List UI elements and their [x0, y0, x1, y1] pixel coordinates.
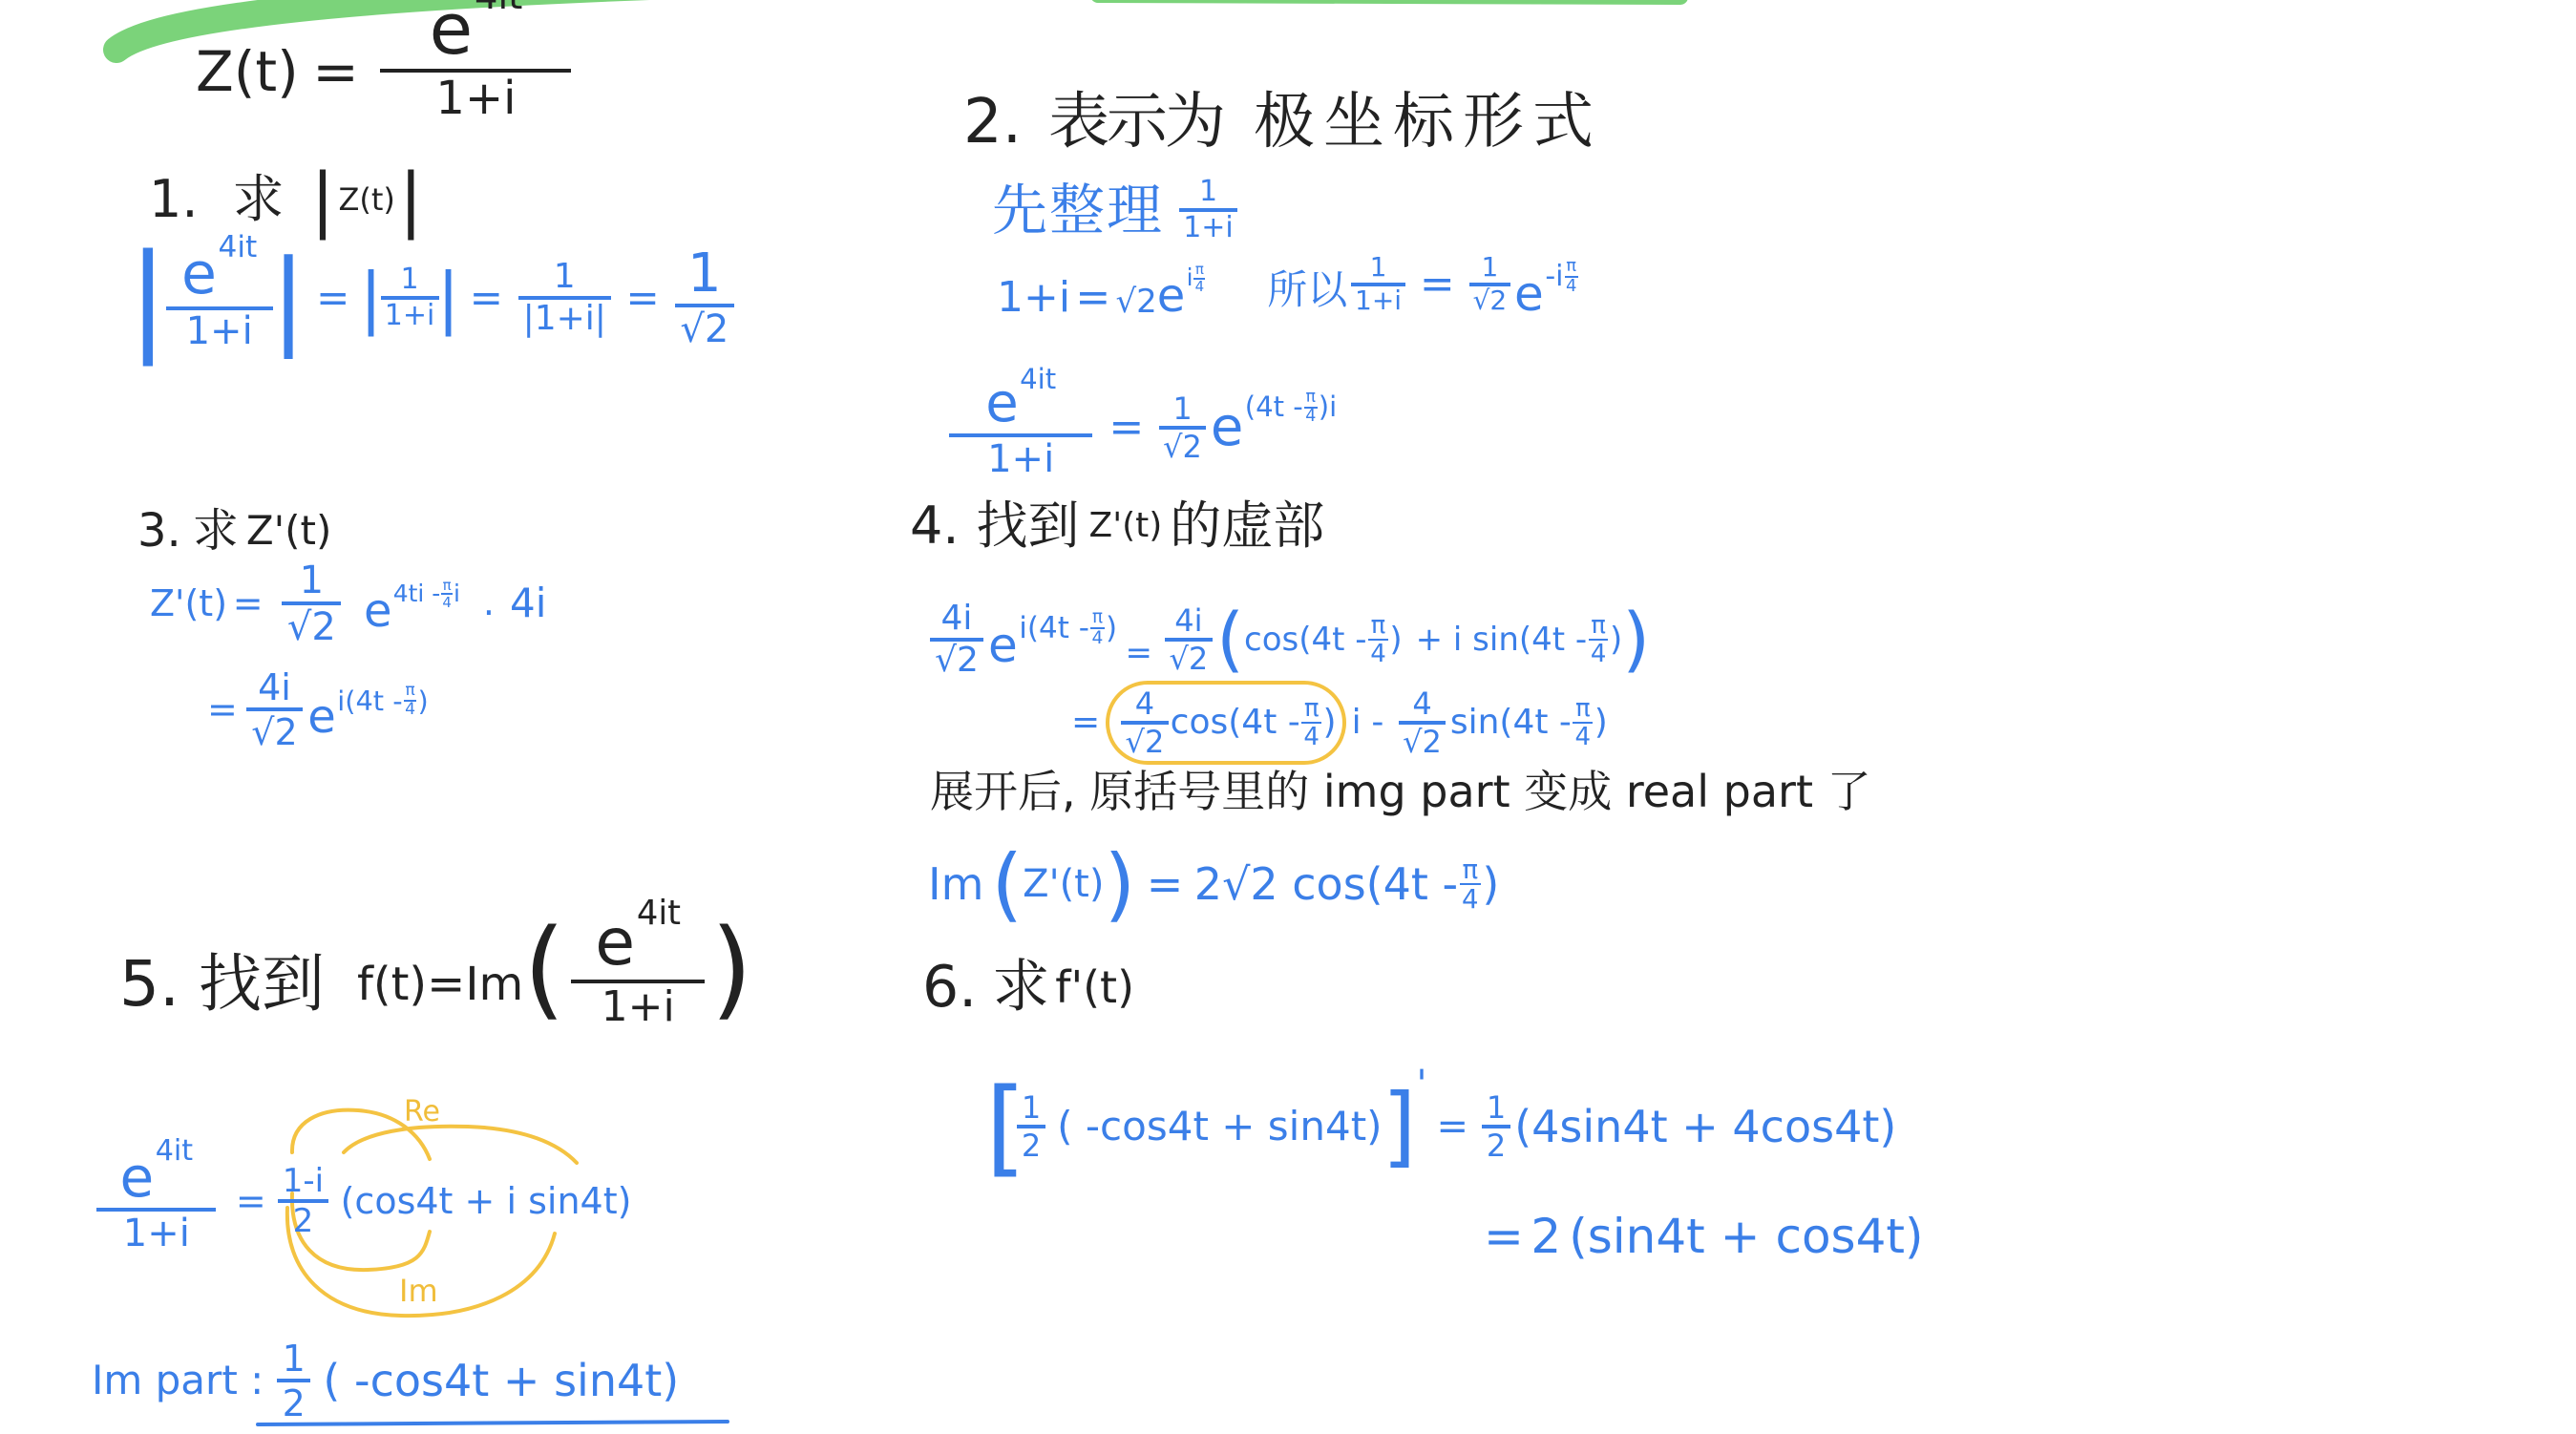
- trig-expression: (cos4t + i sin4t): [341, 1183, 632, 1219]
- heading-expr: Z'(t): [1089, 509, 1163, 543]
- fraction-one-over-sqrt2: 1 √2: [282, 561, 341, 646]
- fraction-numerator: 1: [1017, 1092, 1045, 1125]
- problem-formula: Z(t) = e 4it 1+i: [196, 0, 580, 121]
- heading-text: 求: [233, 174, 285, 225]
- close-paren: ): [1104, 844, 1135, 924]
- fraction-numerator: e 4it: [571, 911, 705, 980]
- exponential: e 4it: [985, 377, 1056, 431]
- fraction-one-over-denominator: 1 1+i: [1179, 178, 1237, 243]
- close-paren: ): [1594, 706, 1608, 740]
- denominator-4: 4: [1573, 722, 1593, 749]
- derivative-prime: ': [1416, 1065, 1426, 1104]
- cos-term: cos(4t -: [1171, 706, 1300, 740]
- open-paren: (: [991, 844, 1023, 924]
- denominator-4: 4: [1565, 276, 1578, 296]
- annotation-im: Im: [399, 1276, 438, 1306]
- final-expression: (sin4t + cos4t): [1569, 1213, 1923, 1260]
- exponential: e -i π 4: [1514, 270, 1579, 318]
- exp-base: e: [988, 622, 1018, 669]
- step-5-line-1: e 4it 1+i = 1-i 2 (cos4t + i sin4t): [92, 1149, 631, 1253]
- pi-symbol: π: [1460, 856, 1480, 883]
- pi-over-4: π 4: [1368, 613, 1388, 666]
- fraction-numerator: 4i: [1165, 605, 1213, 638]
- fraction-4-over-sqrt2: 4 √2: [1121, 688, 1169, 757]
- fraction-exp-over-denominator: e 4it 1+i: [949, 377, 1092, 478]
- fraction-numerator: 4: [1399, 688, 1446, 721]
- cos-term: cos(4t -: [1244, 623, 1367, 656]
- fraction-numerator: 1: [675, 247, 734, 304]
- step-4-line-1: 4i √2 e i(4t - π 4 ) = 4i √2 ( cos(4t - …: [925, 601, 1650, 678]
- fraction-denominator: √2: [282, 601, 341, 645]
- step-number: 1.: [149, 174, 199, 225]
- denominator-4: 4: [1460, 883, 1481, 912]
- pi-over-4: π 4: [1573, 696, 1593, 749]
- fraction-denominator: |1+i|: [518, 296, 611, 336]
- sin-term: + i sin(4t -: [1416, 623, 1588, 656]
- fraction-4i-over-sqrt2: 4i √2: [1165, 605, 1213, 674]
- fraction-one-over-denominator: 1 1+i: [381, 265, 439, 330]
- step-2-heading: 2. 表示为 极坐标形式: [963, 92, 1602, 153]
- multiply-dot: ·: [483, 595, 495, 631]
- fraction-denominator: √2: [930, 638, 983, 678]
- equals-sign: =: [1109, 407, 1144, 449]
- fraction-4i-over-sqrt2: 4i √2: [930, 601, 983, 678]
- fraction-denominator: √2: [1159, 426, 1207, 462]
- abs-bar-left: |: [311, 164, 335, 235]
- fraction-one-half: 1 2: [1017, 1092, 1045, 1161]
- fraction-denominator: 1+i: [96, 1208, 216, 1252]
- exp-suffix: )i: [1319, 393, 1337, 421]
- exp-base: e: [364, 588, 392, 634]
- exp-prefix: 4ti -: [393, 582, 441, 606]
- exp-suffix: i: [454, 582, 460, 606]
- notes-canvas: Z(t) = e 4it 1+i 1. 求 | Z(t) | | e 4it: [0, 0, 2576, 1434]
- fraction-numerator: 1: [381, 265, 439, 296]
- fraction-one-half: 1 2: [277, 1340, 310, 1422]
- exp-prefix: i(4t -: [337, 687, 402, 715]
- fraction-4-over-sqrt2: 4 √2: [1399, 688, 1446, 757]
- inner-expression: ( -cos4t + sin4t): [1057, 1107, 1382, 1147]
- pi-symbol: π: [441, 579, 452, 593]
- exp-prefix: i: [1187, 266, 1193, 290]
- exponential: e 4it: [120, 1149, 194, 1205]
- abs-bar-left: |: [360, 264, 383, 331]
- exp-base: e: [985, 377, 1018, 431]
- step-number: 5.: [119, 953, 179, 1016]
- exponential: e (4t - π 4 )i: [1211, 401, 1337, 454]
- pi-symbol: π: [1302, 696, 1321, 722]
- fraction-denominator: 1+i: [949, 433, 1092, 477]
- fraction-coefficient: 1-i 2: [278, 1165, 328, 1237]
- fraction-denominator: √2: [1469, 283, 1510, 315]
- blue-underline: [258, 1422, 728, 1424]
- fraction-numerator: 1: [1482, 1092, 1510, 1125]
- step-3-heading: 3. 求 Z'(t): [137, 508, 331, 554]
- exp-base: e: [1514, 270, 1544, 318]
- step-2-line-3: e 4it 1+i = 1 √2 e (4t - π 4 )i: [943, 377, 1337, 478]
- denominator-4: 4: [1589, 639, 1609, 666]
- line-lhs: 1+i: [997, 277, 1070, 319]
- pi-over-4: π 4: [404, 683, 417, 719]
- exponential: e i(4t - π 4 ): [988, 622, 1117, 669]
- exp-power: i π 4: [1187, 263, 1207, 294]
- exp-base: e: [430, 0, 474, 65]
- fraction-denominator: √2: [1399, 721, 1446, 757]
- pi-symbol: π: [1565, 258, 1578, 276]
- denominator-4: 4: [1090, 627, 1105, 647]
- fraction-numerator: 1-i: [278, 1165, 328, 1199]
- coefficient: 2: [1531, 1213, 1561, 1260]
- pi-symbol: π: [404, 683, 416, 700]
- exp-suffix: ): [417, 687, 428, 715]
- fraction-one-over-denominator: 1 1+i: [1351, 254, 1405, 314]
- equals-sign: =: [470, 278, 503, 318]
- fraction-exp-over-denominator: e 4it 1+i: [96, 1149, 216, 1253]
- imaginary-unit: i: [1352, 706, 1362, 740]
- fraction-exp-over-denominator: e 4it 1+i: [166, 245, 273, 350]
- formula-lhs: Z(t): [196, 44, 299, 99]
- fraction-numerator: 1: [1469, 254, 1510, 283]
- heading-text: 极坐标形式: [1254, 92, 1602, 153]
- step-1-heading: 1. 求 | Z(t) |: [149, 164, 423, 235]
- exp-base: e: [1157, 273, 1186, 319]
- heading-expr: Z(t): [338, 184, 394, 215]
- heading-text: 求: [992, 959, 1049, 1016]
- step-2-line-1: 先整理 1 1+i: [992, 178, 1241, 243]
- step-4-result: Im ( Z'(t) ) = 2√2 cos(4t - π 4 ): [928, 844, 1499, 924]
- pi-symbol: π: [1589, 613, 1608, 639]
- fraction-denominator: 2: [277, 1379, 310, 1421]
- close-paren: ): [1610, 623, 1622, 656]
- denominator-4: 4: [404, 700, 417, 719]
- close-paren: ): [1389, 623, 1402, 656]
- fraction-numerator: 1: [277, 1340, 310, 1379]
- equals-sign: =: [1147, 862, 1184, 906]
- exp-power: 4it: [1020, 366, 1056, 393]
- fraction-denominator: √2: [246, 707, 303, 749]
- step-1-equation: | e 4it 1+i | = | 1 1+i | = 1 |1+i| = 1 …: [128, 239, 739, 357]
- fraction-denominator: 1+i: [1179, 208, 1237, 243]
- denominator-4: 4: [1193, 278, 1205, 294]
- open-paren: (: [1216, 604, 1244, 675]
- line-text: 先整理: [992, 182, 1164, 238]
- fraction-4i-over-sqrt2: 4i √2: [246, 669, 303, 750]
- sin-term: sin(4t -: [1450, 706, 1572, 740]
- step-6-line-1: [ 1 2 ( -cos4t + sin4t) ] ' = 1 2 (4sin4…: [985, 1074, 1896, 1179]
- fraction-numerator: 4i: [930, 601, 983, 638]
- denominator-4: 4: [441, 593, 453, 609]
- exp-prefix: -i: [1545, 263, 1563, 291]
- heading-text: 找到: [977, 500, 1080, 552]
- denominator-4: 4: [1368, 639, 1388, 666]
- equals-sign: =: [236, 1183, 266, 1219]
- exponential: e 4it: [181, 245, 257, 303]
- pi-over-4: π 4: [1589, 613, 1609, 666]
- heading-text: 求: [193, 508, 239, 554]
- pi-symbol: π: [1573, 696, 1593, 722]
- equals-sign: =: [625, 278, 659, 318]
- highlight-oval-real-part: 4 √2 cos(4t - π 4 ): [1106, 681, 1345, 765]
- fraction-numerator: 1: [1179, 178, 1237, 208]
- close-paren: ): [1622, 604, 1650, 675]
- pi-over-4: π 4: [1301, 696, 1321, 749]
- exp-power: i(4t - π 4 ): [337, 683, 428, 719]
- fraction-denominator: √2: [1121, 721, 1169, 757]
- minus-sign: -: [1371, 706, 1383, 740]
- exp-power: 4it: [156, 1137, 193, 1166]
- pi-symbol: π: [1194, 263, 1205, 277]
- step-5-line-2: Im part : 1 2 ( -cos4t + sin4t): [92, 1340, 679, 1422]
- open-paren: (: [523, 916, 565, 1023]
- denominator-4: 4: [1301, 722, 1321, 749]
- step-number: 6.: [922, 959, 977, 1016]
- im-part-expression: ( -cos4t + sin4t): [323, 1359, 679, 1402]
- heading-text: 的虚部: [1170, 500, 1324, 552]
- exp-base: e: [595, 911, 635, 976]
- close-paren: ): [1482, 862, 1499, 906]
- fraction-denominator: 2: [1482, 1125, 1510, 1161]
- exponential: e 4ti - π 4 i: [364, 588, 460, 634]
- equals-sign: =: [1126, 637, 1153, 669]
- pi-symbol: π: [1090, 609, 1104, 627]
- step-6-line-2: = 2 (sin4t + cos4t): [1484, 1213, 1924, 1260]
- abs-bar-left: |: [128, 239, 168, 357]
- equals-sign: =: [1420, 264, 1455, 306]
- heading-text: 表示为: [1048, 92, 1223, 153]
- equals-sign: =: [233, 585, 264, 622]
- exp-power: 4it: [475, 0, 522, 15]
- fraction-numerator: e 4it: [949, 377, 1092, 433]
- pi-symbol: π: [1369, 613, 1388, 639]
- connector-text: 所以: [1267, 270, 1347, 310]
- fraction-numerator: 1: [1351, 254, 1405, 283]
- step-3-line-2: = 4i √2 e i(4t - π 4 ): [207, 669, 429, 750]
- fraction-numerator: 4: [1121, 688, 1169, 721]
- exponential: e 4it: [595, 911, 681, 976]
- fraction-denominator: √2: [1165, 638, 1213, 674]
- fraction-one-over-sqrt2: 1 √2: [675, 247, 734, 348]
- fraction-denominator: 2: [278, 1199, 328, 1237]
- factor: 4i: [510, 583, 546, 623]
- denominator-4: 4: [1304, 407, 1318, 426]
- line-lhs: Z'(t): [150, 585, 227, 622]
- exponential: e i π 4: [1157, 273, 1206, 319]
- step-6-heading: 6. 求 f'(t): [922, 959, 1134, 1016]
- equals-sign: =: [312, 44, 359, 99]
- exp-power: 4it: [219, 233, 258, 263]
- annotation-re: Re: [404, 1098, 440, 1127]
- equals-sign: =: [1075, 277, 1110, 319]
- fraction-denominator: 1+i: [166, 306, 273, 350]
- fraction-denominator: √2: [675, 304, 734, 348]
- close-paren: ): [710, 916, 752, 1023]
- step-4-heading: 4. 找到 Z'(t) 的虚部: [910, 500, 1324, 552]
- step-number: 2.: [963, 92, 1022, 153]
- fraction-denominator: 1+i: [380, 69, 571, 121]
- fraction-numerator: e 4it: [380, 0, 571, 69]
- exponential: e i(4t - π 4 ): [307, 694, 428, 740]
- note-text: 展开后, 原括号里的 img part 变成 real part 了: [930, 770, 1871, 813]
- fraction-denominator: 1+i: [381, 296, 439, 330]
- equals-sign: =: [207, 691, 238, 728]
- fraction-numerator: e 4it: [96, 1149, 216, 1208]
- step-number: 3.: [137, 508, 181, 554]
- argument: Z'(t): [1023, 865, 1104, 903]
- result-rhs: 2√2 cos(4t -: [1194, 862, 1458, 906]
- heading-expr: f(t)=Im: [357, 961, 523, 1007]
- pi-over-4: π 4: [1193, 263, 1205, 294]
- fraction-exp-over-denominator: e 4it 1+i: [571, 911, 705, 1028]
- close-paren: ): [1323, 706, 1337, 740]
- fraction-denominator: 1+i: [1351, 283, 1405, 315]
- pi-over-4: π 4: [1565, 258, 1578, 295]
- exp-power: i(4t - π 4 ): [1019, 609, 1117, 647]
- step-number: 4.: [910, 500, 960, 552]
- im-operator: Im: [928, 862, 983, 906]
- heading-expr: f'(t): [1055, 965, 1134, 1009]
- fraction-numerator: 4i: [246, 669, 303, 707]
- pi-over-4: π 4: [441, 579, 453, 610]
- exp-base: e: [307, 694, 336, 740]
- fraction-one-over-sqrt2: 1 √2: [1159, 393, 1207, 462]
- pi-over-4: π 4: [1304, 390, 1318, 426]
- fraction-one-half: 1 2: [1482, 1092, 1510, 1161]
- equals-sign: =: [1484, 1213, 1524, 1260]
- exp-power: 4ti - π 4 i: [393, 579, 460, 610]
- step-4-line-2: = 4 √2 cos(4t - π 4 ) i - 4 √2 sin(4t - …: [1071, 681, 1608, 765]
- exp-prefix: (4t -: [1245, 393, 1303, 421]
- im-part-label: Im part :: [92, 1360, 264, 1401]
- exp-power: -i π 4: [1545, 258, 1579, 295]
- fraction-denominator: 2: [1017, 1125, 1045, 1161]
- equals-sign: =: [316, 278, 349, 318]
- exp-prefix: i(4t -: [1019, 614, 1089, 643]
- derivative-expression: (4sin4t + 4cos4t): [1514, 1105, 1896, 1149]
- exp-power: 4it: [637, 896, 681, 930]
- exp-base: e: [181, 245, 217, 303]
- abs-bar-right: |: [437, 264, 460, 331]
- pi-symbol: π: [1304, 390, 1317, 407]
- fraction: e 4it 1+i: [380, 0, 571, 121]
- heading-text: 找到: [199, 953, 325, 1016]
- exp-suffix: ): [1106, 614, 1117, 643]
- step-2-line-2: 1+i = √2 e i π 4 所以 1 1+i = 1 √2 e -i: [997, 254, 1579, 314]
- equals-sign: =: [1436, 1107, 1468, 1146]
- exp-base: e: [120, 1149, 155, 1205]
- fraction-numerator: 1: [1159, 393, 1207, 426]
- fraction-numerator: e 4it: [166, 245, 273, 306]
- equals-sign: =: [1071, 706, 1100, 740]
- exp-power: (4t - π 4 )i: [1245, 390, 1338, 426]
- fraction-numerator: 1: [282, 561, 341, 601]
- exp-base: e: [1211, 401, 1243, 454]
- sqrt2-coefficient: √2: [1116, 285, 1157, 318]
- exponential: e 4it: [430, 0, 523, 65]
- heading-expr: Z'(t): [246, 511, 332, 551]
- pi-over-4: π 4: [1460, 856, 1481, 913]
- step-3-line-1: Z'(t) = 1 √2 e 4ti - π 4 i · 4i: [150, 561, 546, 646]
- fraction-one-over-modulus: 1 |1+i|: [518, 260, 611, 336]
- close-bracket: ]: [1383, 1083, 1417, 1170]
- pi-over-4: π 4: [1090, 609, 1105, 647]
- fraction-numerator: 1: [518, 260, 611, 296]
- step-5-heading: 5. 找到 f(t)=Im ( e 4it 1+i ): [119, 911, 752, 1028]
- fraction-denominator: 1+i: [571, 980, 705, 1028]
- abs-bar-right: |: [271, 245, 306, 350]
- step-4-note: 展开后, 原括号里的 img part 变成 real part 了: [930, 770, 1871, 813]
- abs-bar-right: |: [399, 164, 423, 235]
- fraction-one-over-sqrt2: 1 √2: [1469, 254, 1510, 314]
